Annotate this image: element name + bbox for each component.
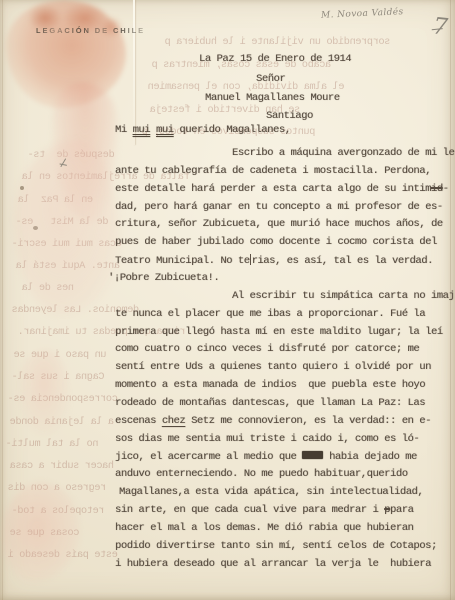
typed-blot <box>302 451 323 459</box>
bleedthrough-line: hacer subir a casa <box>10 460 114 472</box>
typed-line: hacer el mal a los demas. Me dió rabia q… <box>115 522 413 534</box>
bleedthrough-line: Cagna i sus sal- <box>12 371 104 383</box>
letter-recipient: Manuel Magallanes Moure <box>205 92 340 104</box>
bleedthrough-line: no la tal multi- <box>6 438 98 450</box>
typed-line: Escribo a máquina avergonzado de mi letr… <box>232 147 455 159</box>
bleedthrough-line: sorprendido un vijilante i le hubiera p <box>165 36 390 48</box>
handwritten-name-annotation: M. Novoa Valdés <box>321 7 404 21</box>
bleedthrough-line: nes de la <box>22 282 74 294</box>
typed-line: Magallanes,a esta vida apática, sin inte… <box>119 486 423 498</box>
bleedthrough-line: a la lejania donde <box>10 416 114 428</box>
typed-u: chez <box>162 415 185 427</box>
page-number-annotation: 7 <box>432 13 449 40</box>
typed-line: critura, señor Zubicueta, que murió hace… <box>115 218 443 230</box>
bleedthrough-line: este país deseado i <box>8 549 118 561</box>
letter-date: La Paz 15 de Enero de 1914 <box>199 53 351 65</box>
ink-stain-main <box>6 0 126 108</box>
typed-line: Al escribir tu simpática carta no imajin… <box>232 290 455 302</box>
bleedthrough-line: retopelos a tod- <box>12 505 104 517</box>
legacion-de-chile-stamp: LEGACIÓN DE CHILE <box>36 26 145 35</box>
bleedthrough-line: cosas que se <box>10 527 79 539</box>
typed-line: ante tu cablegrafía de cadeneta i mostac… <box>115 165 431 177</box>
typed-line: anduvo enterneciendo. No me puedo habitu… <box>115 468 408 480</box>
typed-line: te nunca el placer que me ibas a proporc… <box>115 308 425 320</box>
letter-senor: Señor <box>256 73 285 85</box>
typed-uu: mui <box>156 124 174 136</box>
typed-line: sos dias me sentia mui triste i caido i,… <box>115 433 419 445</box>
bleedthrough-line: ante. Aquí está la <box>16 260 120 272</box>
typed-line: sentí entre Uds a quienes tanto quiero i… <box>115 361 431 373</box>
typed-line: dad, pero hará ganar en tu concepto a mi… <box>115 201 443 213</box>
bleedthrough-line: de la Mist es- <box>16 216 108 228</box>
typed-line: rodeado de montañas dantescas, que llama… <box>115 397 425 409</box>
bleedthrough-line: regreso a con dis <box>8 482 106 494</box>
typed-line: i hubiera deseado que al arrancar la ver… <box>115 558 431 570</box>
bleedthrough-line: después de ts- <box>28 149 115 161</box>
typed-line: '¡Pobre Zubicueta!. <box>108 272 219 284</box>
bleedthrough-line: correspondencia es- <box>8 393 118 405</box>
typed-line: Teatro Municipal. No terias, es así, tal… <box>115 254 433 267</box>
letter-city: Santiago <box>266 110 313 122</box>
page-left-edge <box>2 0 3 600</box>
typed-line: jico, el acercarme al medio que habia de… <box>115 451 417 463</box>
bleedthrough-line: ocas mui mui escri- <box>12 238 122 250</box>
typed-line: Mi mui mui querido Magallanes, <box>115 124 291 136</box>
paper-speck <box>20 186 24 190</box>
typed-line: escenas chez Setz me connovieron, es la … <box>115 415 431 427</box>
bleedthrough-line: un paso i que se <box>14 349 106 361</box>
typed-line: este detalle hará perder a esta carta al… <box>115 183 449 195</box>
typed-line: pues de haber jubilado como docente i co… <box>115 236 437 248</box>
typed-line: sin arte, en que cada cual vive para med… <box>115 504 413 516</box>
typed-line: como cuatro o cinco veces i disfruté por… <box>115 343 419 355</box>
letter-page: sorprendido un vijilante i le hubiera pa… <box>0 0 455 600</box>
bleedthrough-line: en la Paz la <box>18 194 93 206</box>
typed-line: primera que llegó hasta mí en este maldi… <box>115 326 443 338</box>
pencil-tick-mark <box>58 158 69 171</box>
typed-line: podido divertirse tanto sin mí, sentí ce… <box>115 540 437 552</box>
typed-s: id <box>431 183 443 195</box>
typed-uu: mui <box>133 124 151 136</box>
typed-line: momento a esta manada de indios que pueb… <box>115 379 425 391</box>
